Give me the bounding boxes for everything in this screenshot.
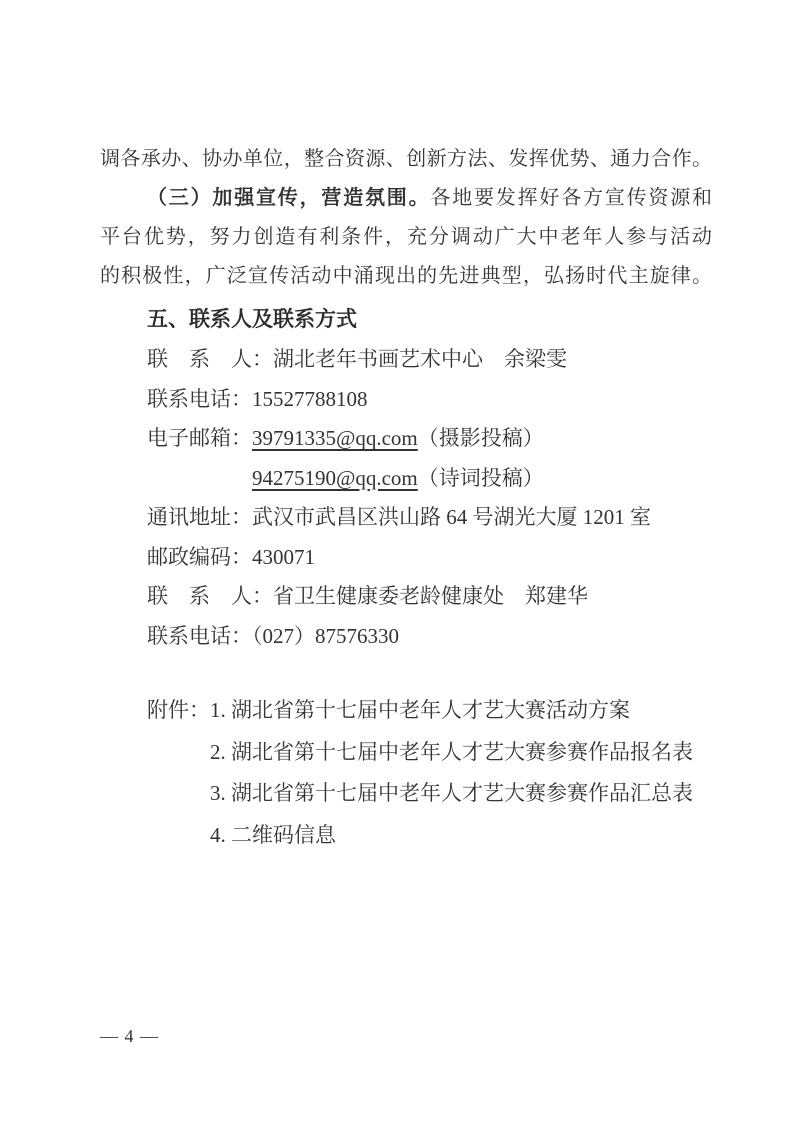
paragraph-line-3: 平台优势，努力创造有利条件，充分调动广大中老年人参与活动: [100, 218, 712, 257]
attachments-block: 附件： 1. 湖北省第十七届中老年人才艺大赛活动方案 2. 湖北省第十七届中老年…: [147, 690, 712, 856]
contact-person2-value: 省卫生健康委老龄健康处 郑建华: [273, 584, 588, 608]
contact-address-line: 通讯地址：武汉市武昌区洪山路 64 号湖光大厦 1201 室: [147, 498, 712, 538]
attachments-label: 附件：: [147, 690, 210, 732]
contact-phone-line-2: 联系电话：（027）87576330: [147, 617, 712, 657]
contact-email-label: 电子邮箱：: [147, 426, 252, 450]
attachment-item-1: 1. 湖北省第十七届中老年人才艺大赛活动方案: [210, 690, 712, 732]
paragraph-line-4: 的积极性，广泛宣传活动中涌现出的先进典型，弘扬时代主旋律。: [100, 257, 712, 296]
contact-person2-label: 联 系 人：: [147, 584, 273, 608]
contact-address-label: 通讯地址：: [147, 505, 252, 529]
contact-postcode-value: 430071: [252, 545, 315, 569]
document-page: 调各承办、协办单位，整合资源、创新方法、发挥优势、通力合作。 （三）加强宣传，营…: [0, 0, 800, 1131]
contact-address-value: 武汉市武昌区洪山路 64 号湖光大厦 1201 室: [252, 505, 651, 529]
page-number: — 4 —: [100, 1026, 159, 1047]
contact-postcode-label: 邮政编码：: [147, 545, 252, 569]
paragraph-line-2: （三）加强宣传，营造氛围。各地要发挥好各方宣传资源和: [100, 179, 712, 218]
paragraph-line-1: 调各承办、协办单位，整合资源、创新方法、发挥优势、通力合作。: [100, 140, 712, 179]
contact-person-line-2: 联 系 人：省卫生健康委老龄健康处 郑建华: [147, 577, 712, 617]
attachment-item-3: 3. 湖北省第十七届中老年人才艺大赛参赛作品汇总表: [210, 773, 712, 815]
contact-phone2-value: （027）87576330: [252, 624, 399, 648]
email-link-poetry[interactable]: 94275190@qq.com: [252, 466, 418, 490]
paragraph-line-2-rest: 各地要发挥好各方宣传资源和: [430, 187, 712, 209]
email-note-poetry: （诗词投稿）: [418, 466, 544, 490]
section-heading: 五、联系人及联系方式: [147, 300, 712, 340]
contact-phone-line-1: 联系电话：15527788108: [147, 380, 712, 420]
contact-email-line-1: 电子邮箱：39791335@qq.com（摄影投稿）: [147, 419, 712, 459]
paragraph-bold-lead: （三）加强宣传，营造氛围。: [147, 187, 430, 209]
email-link-photography[interactable]: 39791335@qq.com: [252, 426, 418, 450]
contact-person-label: 联 系 人：: [147, 347, 273, 371]
contact-phone2-label: 联系电话：: [147, 624, 252, 648]
contact-phone-value: 15527788108: [252, 387, 368, 411]
attachments-list: 1. 湖北省第十七届中老年人才艺大赛活动方案 2. 湖北省第十七届中老年人才艺大…: [210, 690, 712, 856]
contact-phone-label: 联系电话：: [147, 387, 252, 411]
contact-person-value: 湖北老年书画艺术中心 余梁雯: [273, 347, 567, 371]
contact-email-line-2: 94275190@qq.com（诗词投稿）: [147, 459, 712, 499]
attachment-item-4: 4. 二维码信息: [210, 815, 712, 857]
email-note-photography: （摄影投稿）: [418, 426, 544, 450]
contact-postcode-line: 邮政编码：430071: [147, 538, 712, 578]
attachment-item-2: 2. 湖北省第十七届中老年人才艺大赛参赛作品报名表: [210, 732, 712, 774]
contact-person-line-1: 联 系 人：湖北老年书画艺术中心 余梁雯: [147, 340, 712, 380]
document-content: 调各承办、协办单位，整合资源、创新方法、发挥优势、通力合作。 （三）加强宣传，营…: [100, 140, 712, 856]
